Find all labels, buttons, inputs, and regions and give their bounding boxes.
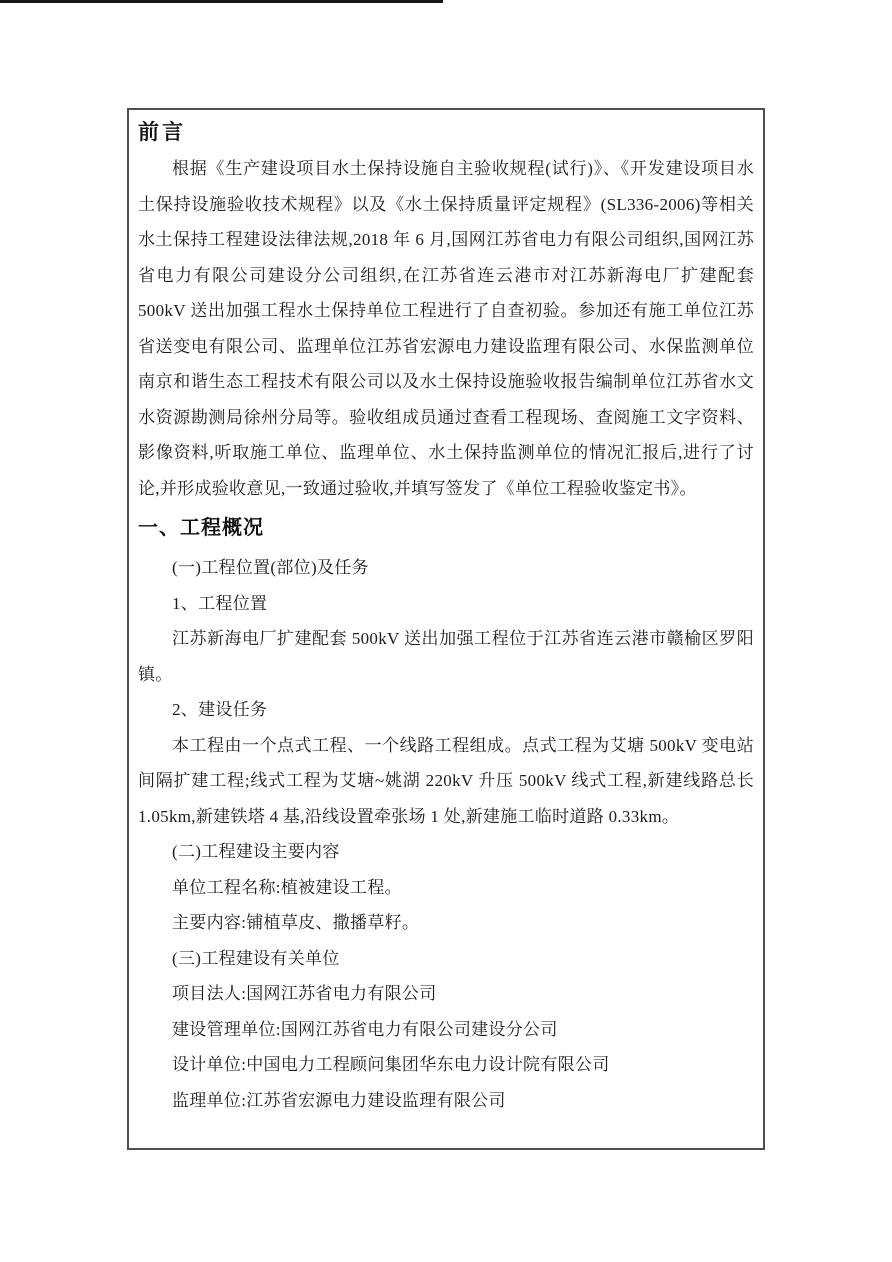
item-1-project-location-heading: 1、工程位置 (138, 586, 754, 622)
scanned-document-page: { "page": { "background_color": "#ffffff… (0, 0, 892, 1262)
supervision-unit-text: 监理单位:江苏省宏源电力建设监理有限公司 (138, 1083, 754, 1119)
design-unit-text: 设计单位:中国电力工程顾问集团华东电力设计院有限公司 (138, 1047, 754, 1083)
construction-task-text: 本工程由一个点式工程、一个线路工程组成。点式工程为艾塘 500kV 变电站间隔扩… (138, 728, 754, 835)
document-table-cell: 前言 根据《生产建设项目水土保持设施自主验收规程(试行)》、《开发建设项目水土保… (127, 108, 765, 1150)
preface-heading: 前言 (138, 117, 754, 147)
project-legal-entity-text: 项目法人:国网江苏省电力有限公司 (138, 976, 754, 1012)
scan-edge-artifact-bar (0, 0, 443, 3)
unit-project-name-text: 单位工程名称:植被建设工程。 (138, 870, 754, 906)
section-1-heading: 一、工程概况 (138, 508, 754, 548)
project-location-text: 江苏新海电厂扩建配套 500kV 送出加强工程位于江苏省连云港市赣榆区罗阳镇。 (138, 621, 754, 692)
main-content-text: 主要内容:铺植草皮、撒播草籽。 (138, 905, 754, 941)
subsection-1-heading: (一)工程位置(部位)及任务 (138, 550, 754, 586)
subsection-2-heading: (二)工程建设主要内容 (138, 834, 754, 870)
item-2-construction-task-heading: 2、建设任务 (138, 692, 754, 728)
preface-paragraph: 根据《生产建设项目水土保持设施自主验收规程(试行)》、《开发建设项目水土保持设施… (138, 151, 754, 506)
construction-management-unit-text: 建设管理单位:国网江苏省电力有限公司建设分公司 (138, 1012, 754, 1048)
subsection-3-heading: (三)工程建设有关单位 (138, 941, 754, 977)
